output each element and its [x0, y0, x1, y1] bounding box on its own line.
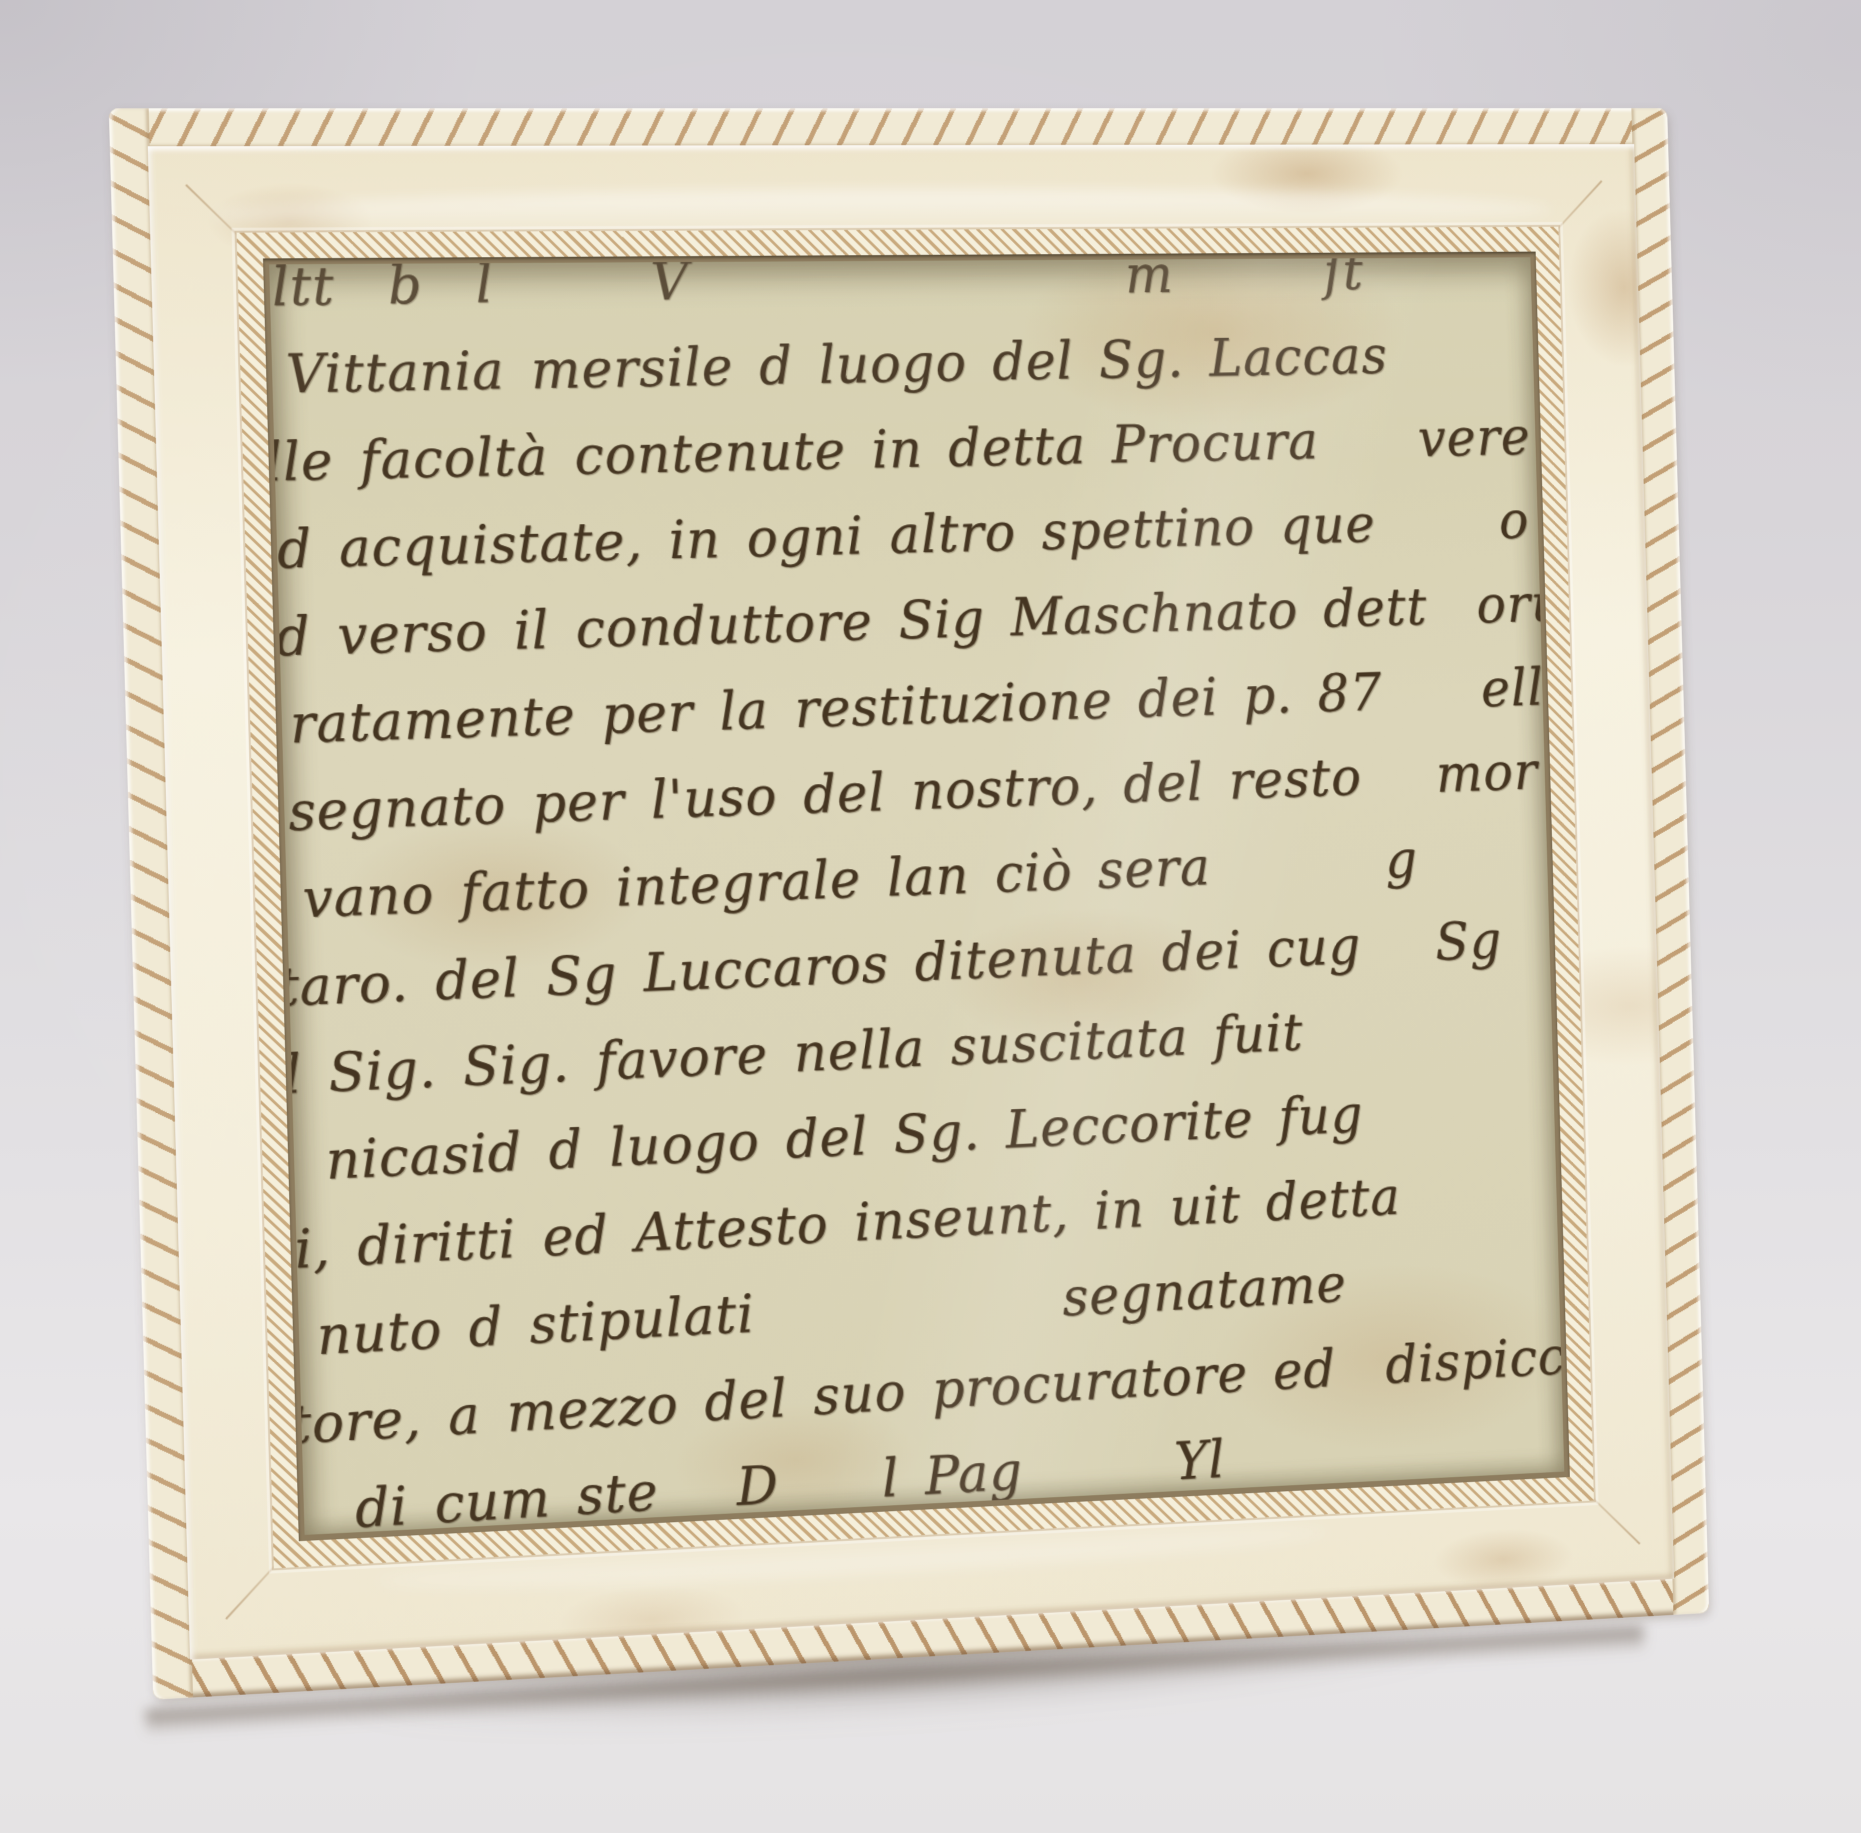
photo-frame: ltt b l V m ſt Vittania mersile d luogo … — [109, 108, 1709, 1700]
glass-recess: ltt b l V m ſt Vittania mersile d luogo … — [263, 252, 1570, 1542]
handwritten-script: ltt b l V m ſt Vittania mersile d luogo … — [269, 257, 1564, 1535]
rope-border-top — [109, 108, 1668, 148]
manuscript-paper: ltt b l V m ſt Vittania mersile d luogo … — [269, 257, 1564, 1535]
